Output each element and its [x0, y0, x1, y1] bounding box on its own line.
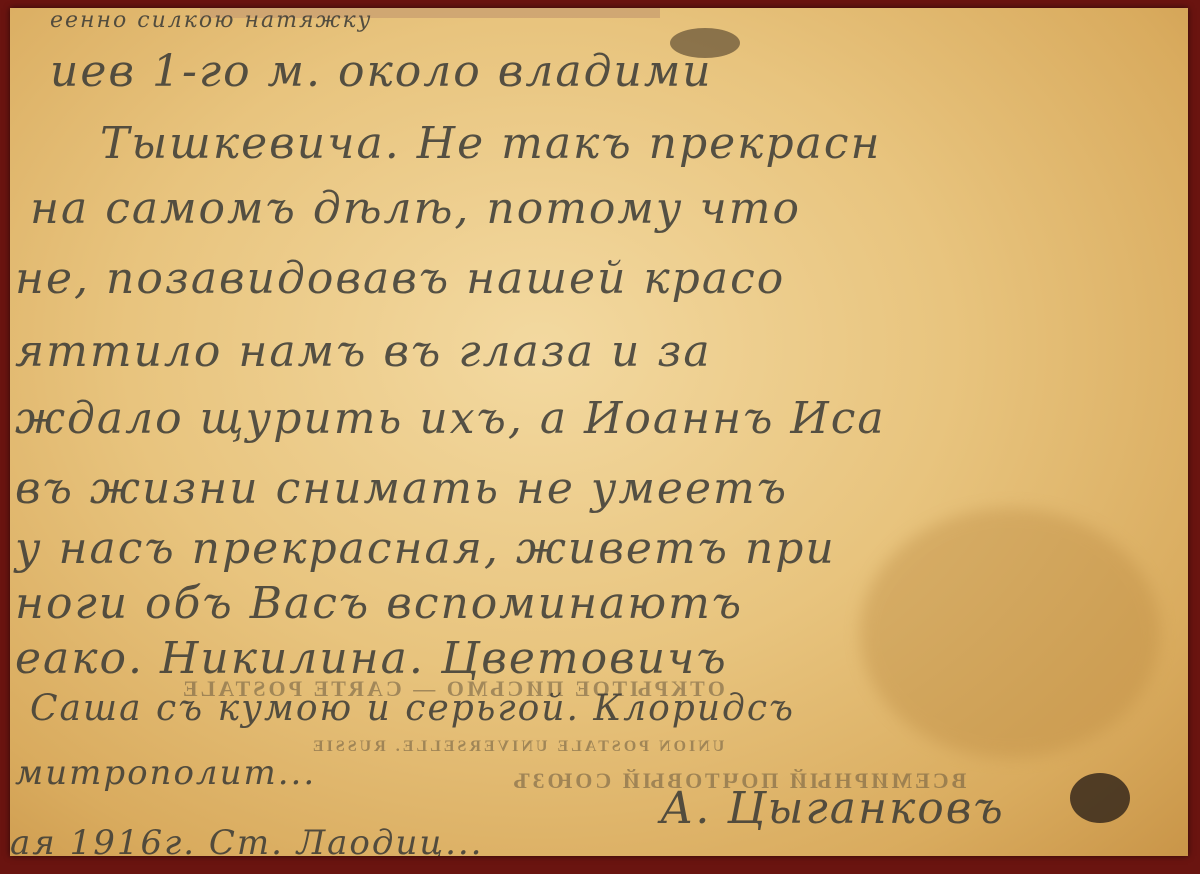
handwriting-line-6: ждало щурить ихъ, а Иоаннъ Иса — [15, 393, 886, 444]
handwriting-line-1: иев 1-го м. около владими — [50, 46, 713, 97]
handwriting-line-8: у насъ прекрасная, живетъ при — [15, 523, 836, 574]
handwriting-line-0: еенно силкою натяжку — [50, 8, 372, 33]
signature: А. Цыганковъ — [660, 783, 1005, 834]
handwriting-line-5: яттило намъ въ глаза и за — [15, 326, 712, 377]
postcard: еенно силкою натяжку иев 1-го м. около в… — [10, 8, 1188, 856]
handwriting-line-13: ая 1916г. Ст. Лаодиц... — [10, 823, 484, 856]
ink-blot — [1070, 773, 1130, 823]
handwriting-line-7: въ жизни снимать не умеетъ — [15, 463, 788, 514]
handwriting-line-4: не, позавидовавъ нашей красо — [15, 253, 785, 304]
handwriting-line-9: ноги объ Васъ вспоминаютъ — [15, 578, 743, 629]
handwriting-line-3: на самомъ дѣлѣ, потому что — [30, 183, 801, 234]
water-stain — [860, 508, 1160, 758]
printed-upu-line: UNION POSTALE UNIVERSELLE. RUSSIE — [310, 738, 724, 756]
handwriting-line-2: Тышкевича. Не такъ прекрасн — [100, 118, 881, 169]
handwriting-line-12: митрополит... — [15, 753, 316, 793]
handwriting-line-11: Саша съ кумою и серьгой. Клоридсъ — [30, 688, 795, 729]
